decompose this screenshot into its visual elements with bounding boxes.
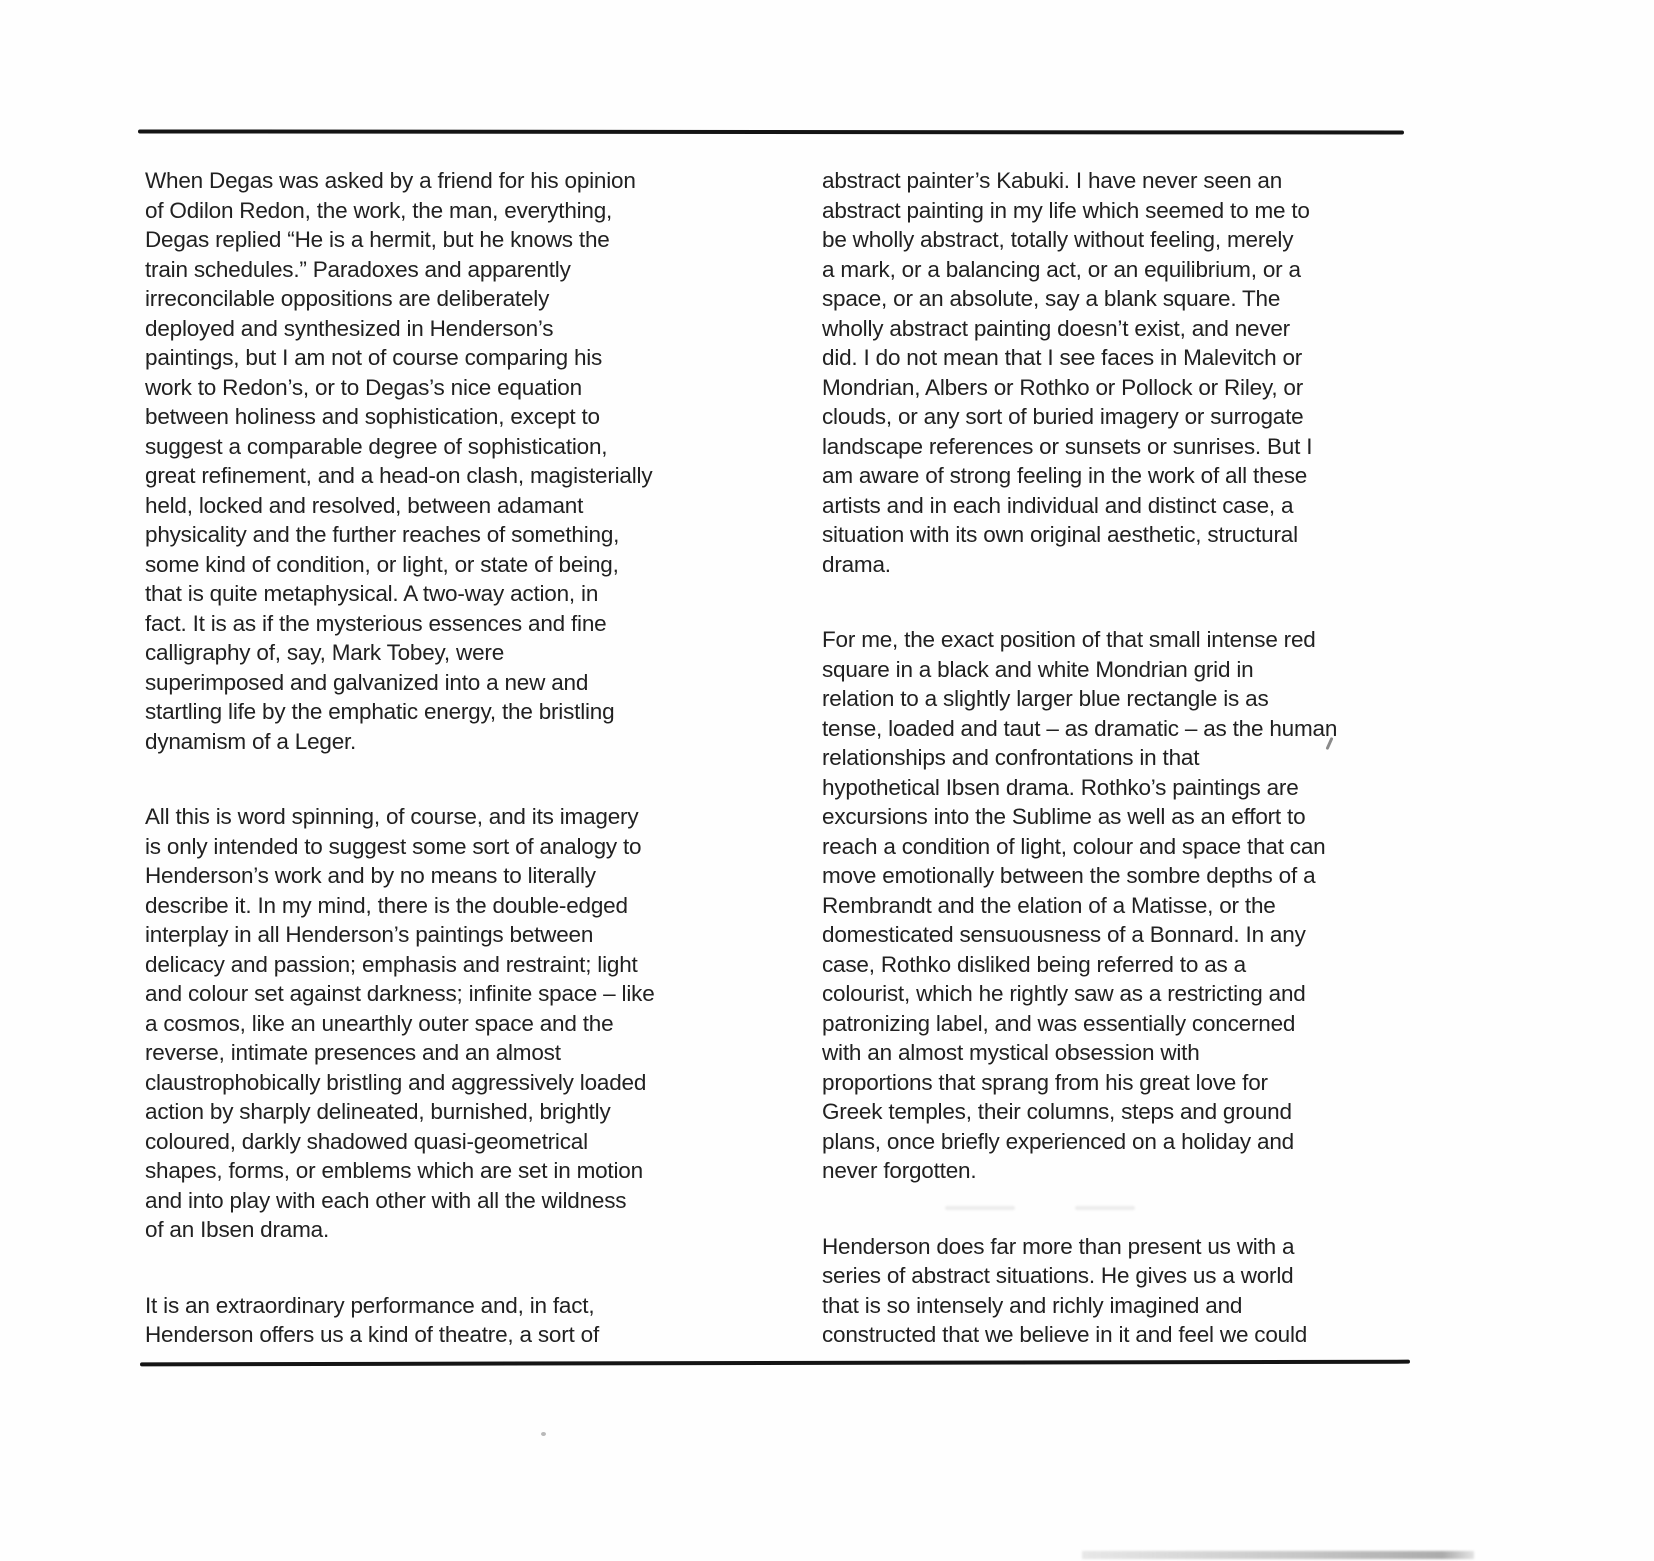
text-line: landscape references or sunsets or sunri… (822, 432, 1432, 462)
text-line: Rembrandt and the elation of a Matisse, … (822, 891, 1432, 921)
text-line: is only intended to suggest some sort of… (145, 832, 755, 862)
text-line: describe it. In my mind, there is the do… (145, 891, 755, 921)
scanned-page: When Degas was asked by a friend for his… (0, 0, 1654, 1561)
paragraph: Henderson does far more than present us … (822, 1232, 1432, 1350)
text-line: startling life by the emphatic energy, t… (145, 697, 755, 727)
text-line: be wholly abstract, totally without feel… (822, 225, 1432, 255)
scan-artifact-smudge (1075, 1206, 1135, 1210)
text-line: am aware of strong feeling in the work o… (822, 461, 1432, 491)
text-line: action by sharply delineated, burnished,… (145, 1097, 755, 1127)
text-line: a cosmos, like an unearthly outer space … (145, 1009, 755, 1039)
text-line: excursions into the Sublime as well as a… (822, 802, 1432, 832)
text-line: move emotionally between the sombre dept… (822, 861, 1432, 891)
text-line: that is so intensely and richly imagined… (822, 1291, 1432, 1321)
bottom-rule (140, 1360, 1410, 1367)
text-line: colourist, which he rightly saw as a res… (822, 979, 1432, 1009)
text-line: All this is word spinning, of course, an… (145, 802, 755, 832)
text-line: reach a condition of light, colour and s… (822, 832, 1432, 862)
text-line: of an Ibsen drama. (145, 1215, 755, 1245)
text-line: Henderson does far more than present us … (822, 1232, 1432, 1262)
text-line: space, or an absolute, say a blank squar… (822, 284, 1432, 314)
text-line: superimposed and galvanized into a new a… (145, 668, 755, 698)
text-line: proportions that sprang from his great l… (822, 1068, 1432, 1098)
text-line: paintings, but I am not of course compar… (145, 343, 755, 373)
text-line: coloured, darkly shadowed quasi-geometri… (145, 1127, 755, 1157)
text-line: held, locked and resolved, between adama… (145, 491, 755, 521)
scan-artifact-smudge (945, 1206, 1015, 1210)
text-line: Greek temples, their columns, steps and … (822, 1097, 1432, 1127)
text-line: relationships and confrontations in that (822, 743, 1432, 773)
paragraph: It is an extraordinary performance and, … (145, 1291, 755, 1350)
text-line: domesticated sensuousness of a Bonnard. … (822, 920, 1432, 950)
text-line: deployed and synthesized in Henderson’s (145, 314, 755, 344)
text-line: suggest a comparable degree of sophistic… (145, 432, 755, 462)
text-line: tense, loaded and taut – as dramatic – a… (822, 714, 1432, 744)
text-line: Mondrian, Albers or Rothko or Pollock or… (822, 373, 1432, 403)
text-line: clouds, or any sort of buried imagery or… (822, 402, 1432, 432)
text-line: shapes, forms, or emblems which are set … (145, 1156, 755, 1186)
scan-artifact-speck (541, 1432, 546, 1436)
text-line: plans, once briefly experienced on a hol… (822, 1127, 1432, 1157)
text-line: between holiness and sophistication, exc… (145, 402, 755, 432)
paragraph: For me, the exact position of that small… (822, 625, 1432, 1186)
text-line: wholly abstract painting doesn’t exist, … (822, 314, 1432, 344)
text-column-left: When Degas was asked by a friend for his… (145, 166, 755, 1350)
text-line: situation with its own original aestheti… (822, 520, 1432, 550)
text-line: Degas replied “He is a hermit, but he kn… (145, 225, 755, 255)
paragraph: When Degas was asked by a friend for his… (145, 166, 755, 756)
text-line: For me, the exact position of that small… (822, 625, 1432, 655)
top-rule (138, 129, 1404, 134)
text-line: great refinement, and a head-on clash, m… (145, 461, 755, 491)
text-line: patronizing label, and was essentially c… (822, 1009, 1432, 1039)
text-line: artists and in each individual and disti… (822, 491, 1432, 521)
text-line: abstract painter’s Kabuki. I have never … (822, 166, 1432, 196)
text-line: square in a black and white Mondrian gri… (822, 655, 1432, 685)
text-line: never forgotten. (822, 1156, 1432, 1186)
text-line: work to Redon’s, or to Degas’s nice equa… (145, 373, 755, 403)
text-line: a mark, or a balancing act, or an equili… (822, 255, 1432, 285)
text-line: train schedules.” Paradoxes and apparent… (145, 255, 755, 285)
text-line: interplay in all Henderson’s paintings b… (145, 920, 755, 950)
text-line: reverse, intimate presences and an almos… (145, 1038, 755, 1068)
text-line: When Degas was asked by a friend for his… (145, 166, 755, 196)
text-line: with an almost mystical obsession with (822, 1038, 1432, 1068)
text-line: relation to a slightly larger blue recta… (822, 684, 1432, 714)
text-line: abstract painting in my life which seeme… (822, 196, 1432, 226)
text-line: dynamism of a Leger. (145, 727, 755, 757)
text-line: physicality and the further reaches of s… (145, 520, 755, 550)
text-line: calligraphy of, say, Mark Tobey, were (145, 638, 755, 668)
text-line: series of abstract situations. He gives … (822, 1261, 1432, 1291)
text-line: Henderson’s work and by no means to lite… (145, 861, 755, 891)
text-line: Henderson offers us a kind of theatre, a… (145, 1320, 755, 1350)
text-line: some kind of condition, or light, or sta… (145, 550, 755, 580)
text-line: did. I do not mean that I see faces in M… (822, 343, 1432, 373)
text-line: fact. It is as if the mysterious essence… (145, 609, 755, 639)
text-line: irreconcilable oppositions are deliberat… (145, 284, 755, 314)
text-line: It is an extraordinary performance and, … (145, 1291, 755, 1321)
text-line: and into play with each other with all t… (145, 1186, 755, 1216)
paragraph: abstract painter’s Kabuki. I have never … (822, 166, 1432, 579)
scan-artifact-bottom-edge (1082, 1551, 1474, 1559)
text-line: delicacy and passion; emphasis and restr… (145, 950, 755, 980)
text-column-right: abstract painter’s Kabuki. I have never … (822, 166, 1432, 1350)
text-line: case, Rothko disliked being referred to … (822, 950, 1432, 980)
text-line: and colour set against darkness; infinit… (145, 979, 755, 1009)
paragraph: All this is word spinning, of course, an… (145, 802, 755, 1245)
text-line: hypothetical Ibsen drama. Rothko’s paint… (822, 773, 1432, 803)
text-line: drama. (822, 550, 1432, 580)
text-line: claustrophobically bristling and aggress… (145, 1068, 755, 1098)
text-line: constructed that we believe in it and fe… (822, 1320, 1432, 1350)
text-line: of Odilon Redon, the work, the man, ever… (145, 196, 755, 226)
text-line: that is quite metaphysical. A two-way ac… (145, 579, 755, 609)
